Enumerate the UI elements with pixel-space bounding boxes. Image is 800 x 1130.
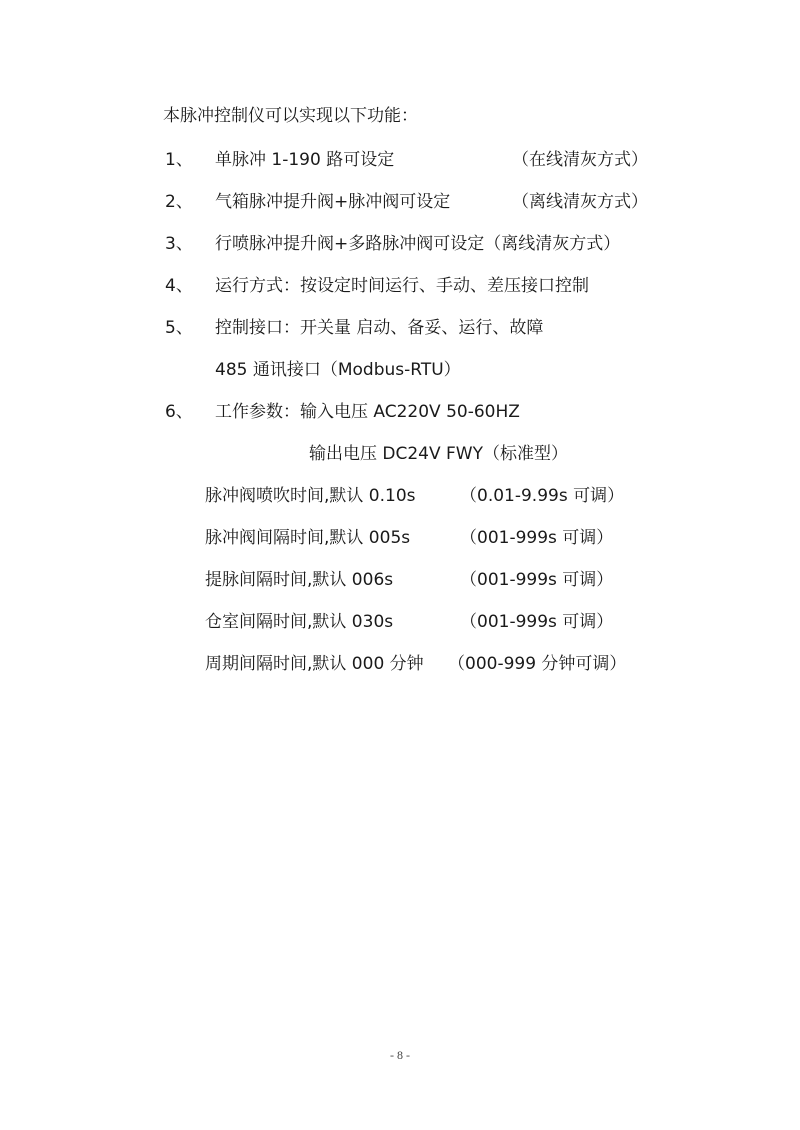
- item-number: 1、: [165, 150, 193, 170]
- item-number: 3、: [165, 234, 193, 254]
- item-text: 控制接口：开关量 启动、备妥、运行、故障: [215, 318, 543, 338]
- param-range: （001-999s 可调）: [460, 570, 613, 590]
- param-label: 脉冲阀间隔时间,默认 005s: [205, 528, 410, 548]
- param-label: 提脉间隔时间,默认 006s: [205, 570, 393, 590]
- page-number: - 8 -: [0, 1048, 800, 1063]
- item-note: （离线清灰方式）: [512, 192, 648, 212]
- item-note: （在线清灰方式）: [512, 150, 648, 170]
- item-text: 运行方式：按设定时间运行、手动、差压接口控制: [215, 276, 589, 296]
- param-label: 仓室间隔时间,默认 030s: [205, 612, 393, 632]
- item-number: 5、: [165, 318, 193, 338]
- item-text: 485 通讯接口（Modbus-RTU）: [215, 360, 461, 380]
- item-text: 工作参数：输入电压 AC220V 50-60HZ: [215, 402, 520, 422]
- item-text: 行喷脉冲提升阀+多路脉冲阀可设定（离线清灰方式）: [215, 234, 620, 254]
- output-voltage: 输出电压 DC24V FWY（标准型）: [309, 444, 568, 464]
- param-range: （0.01-9.99s 可调）: [460, 486, 624, 506]
- param-range: （000-999 分钟可调）: [448, 654, 626, 674]
- param-range: （001-999s 可调）: [460, 612, 613, 632]
- param-label: 周期间隔时间,默认 000 分钟: [205, 654, 424, 674]
- param-range: （001-999s 可调）: [460, 528, 613, 548]
- item-text: 气箱脉冲提升阀+脉冲阀可设定: [215, 192, 450, 212]
- item-number: 6、: [165, 402, 193, 422]
- item-text: 单脉冲 1-190 路可设定: [215, 150, 394, 170]
- intro-heading: 本脉冲控制仪可以实现以下功能：: [163, 106, 418, 126]
- param-label: 脉冲阀喷吹时间,默认 0.10s: [205, 486, 416, 506]
- item-number: 4、: [165, 276, 193, 296]
- item-number: 2、: [165, 192, 193, 212]
